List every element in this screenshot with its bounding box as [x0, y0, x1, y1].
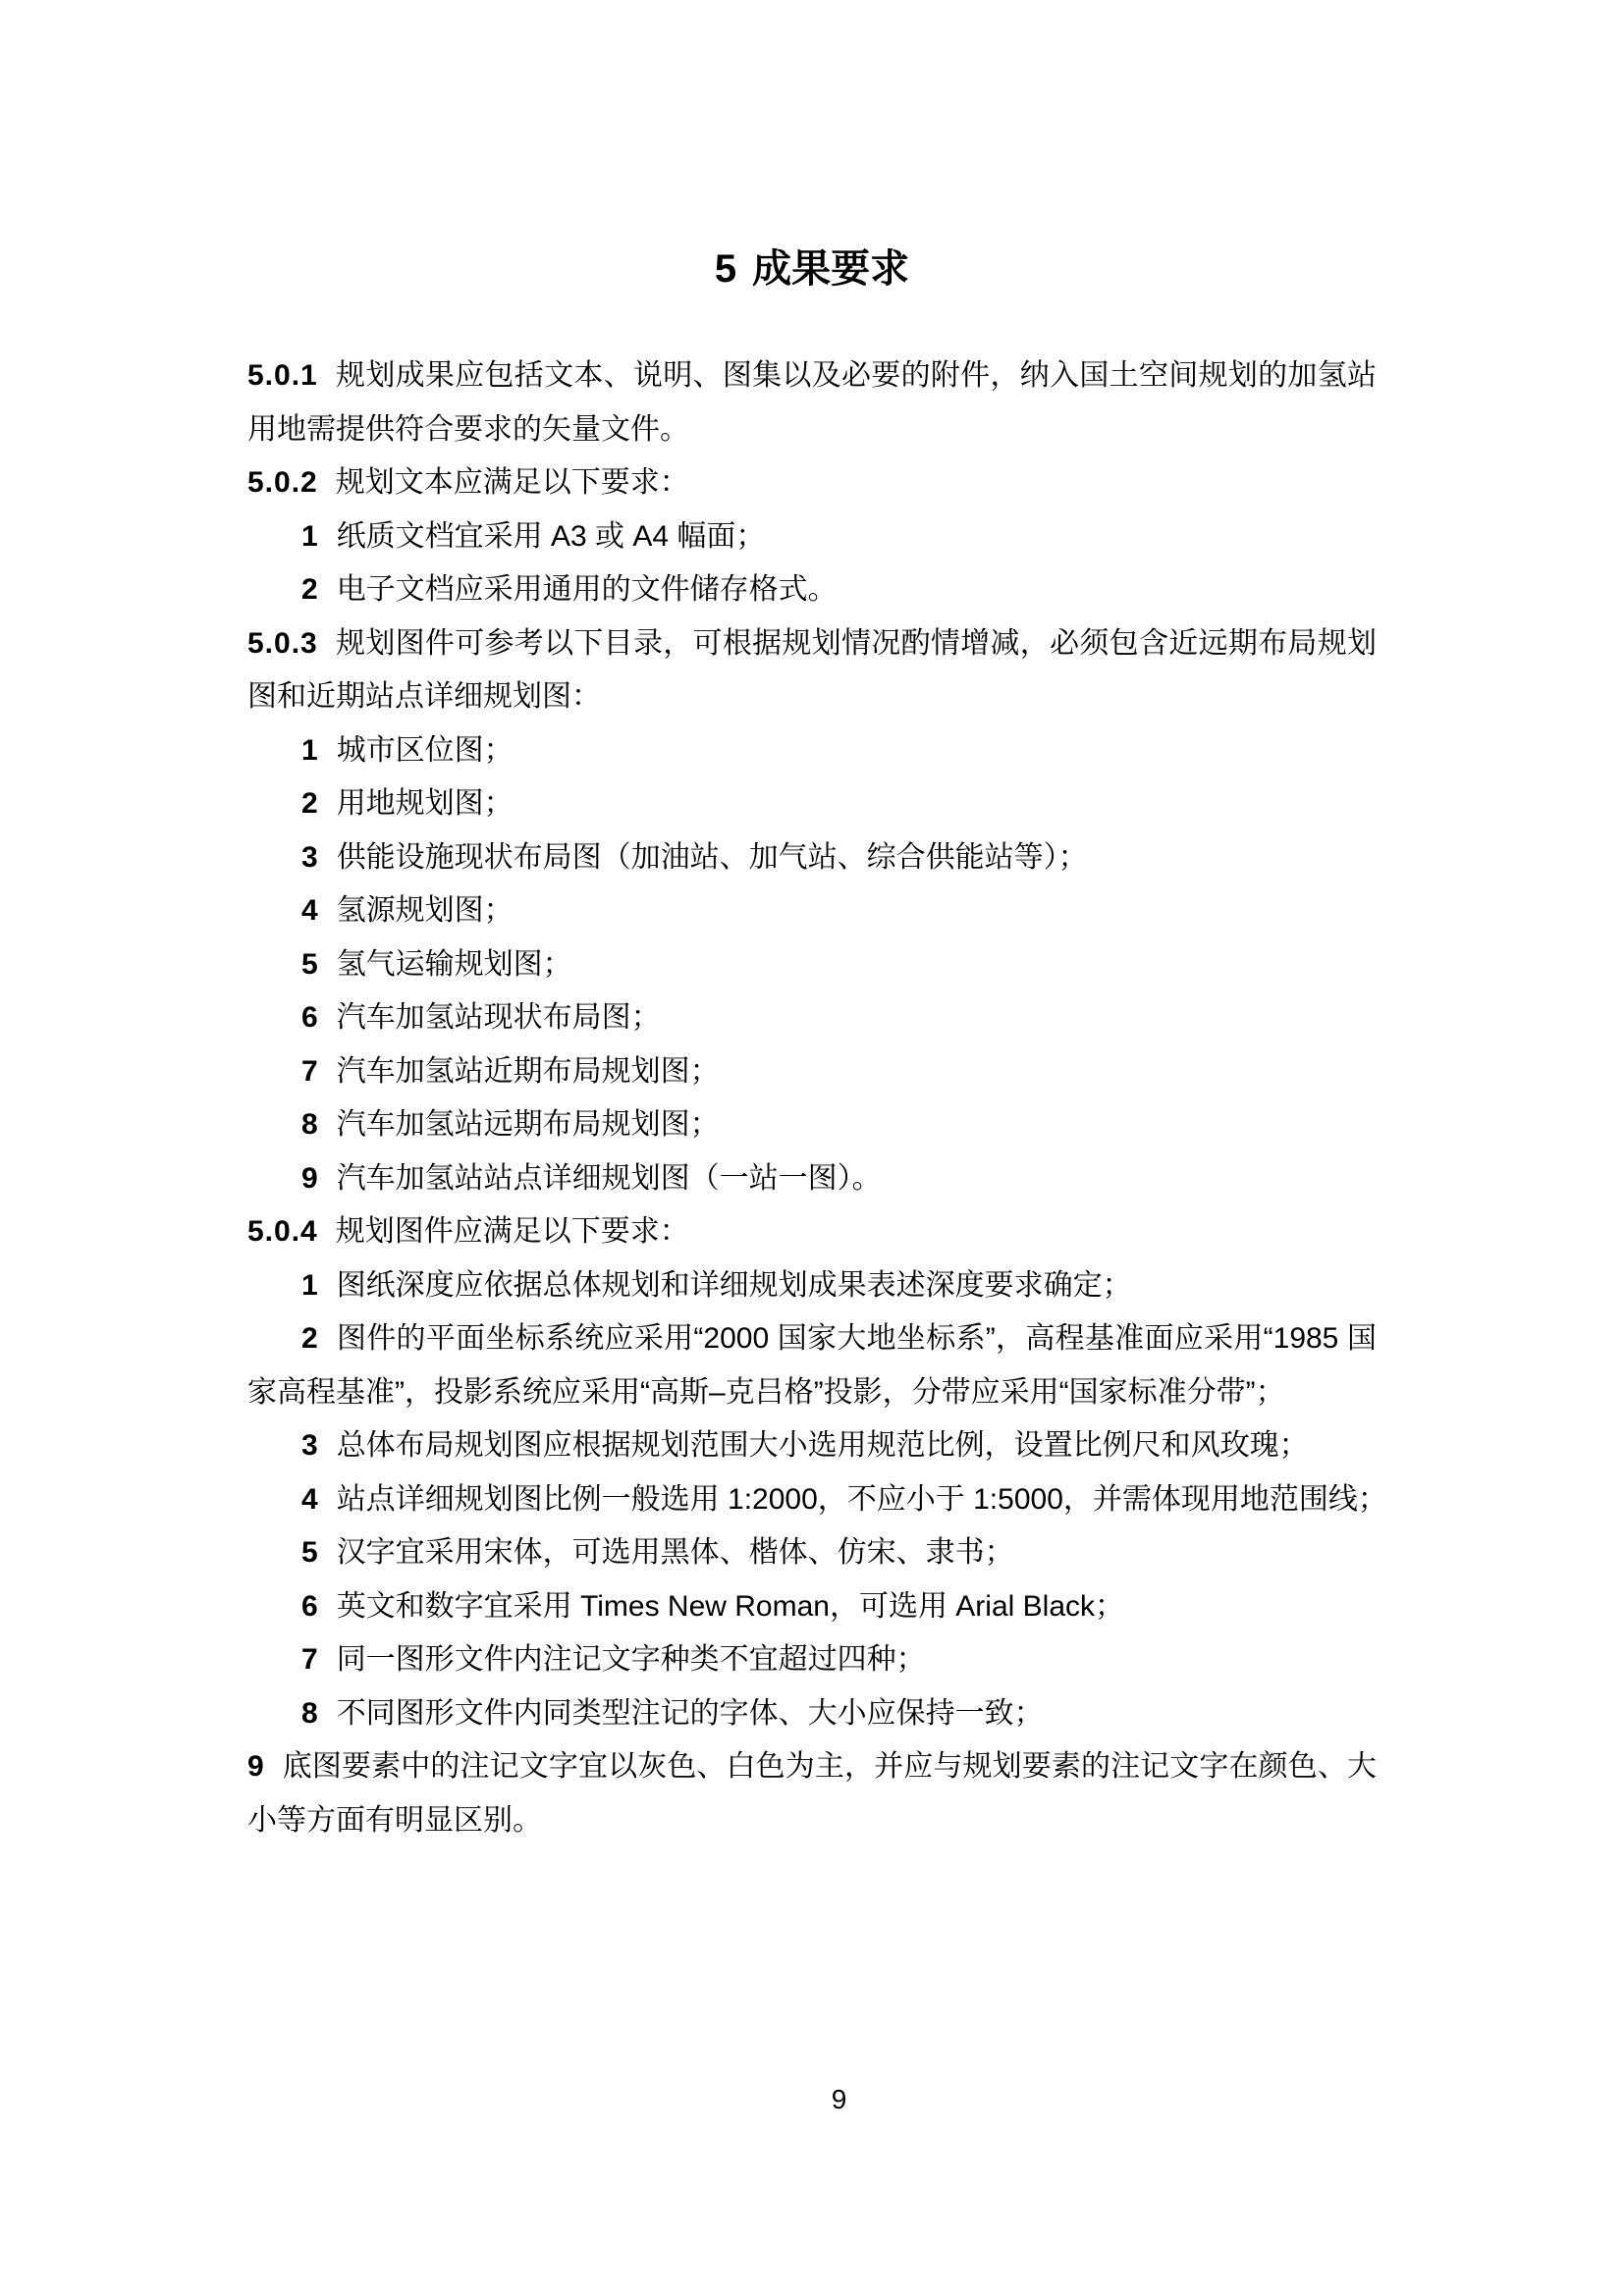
item-text: 用地规划图；: [337, 787, 514, 820]
document-body: 5.0.1规划成果应包括文本、说明、图集以及必要的附件，纳入国土空间规划的加氢站…: [247, 349, 1377, 1847]
section-title: 5成果要求: [247, 245, 1377, 293]
clause-text: 规划图件可参考以下目录，可根据规划情况酌情增减，必须包含近远期布局规划图和近期站…: [247, 627, 1377, 714]
item-text: 电子文档应采用通用的文件储存格式。: [337, 573, 838, 606]
item-number: 1: [301, 520, 319, 553]
item-number: 3: [301, 841, 319, 874]
clause-5.0.3-item-1: 1城市区位图；: [247, 724, 1377, 778]
item-text: 汽车加氢站现状布局图；: [337, 1001, 661, 1034]
item-text: 英文和数字宜采用 Times New Roman，可选用 Arial Black…: [337, 1590, 1124, 1623]
item-number: 8: [301, 1697, 319, 1730]
clause-5.0.3-item-2: 2用地规划图；: [247, 777, 1377, 831]
clause-5.0.4-item-3: 3总体布局规划图应根据规划范围大小选用规范比例，设置比例尺和风玫瑰；: [247, 1419, 1377, 1473]
item-number: 2: [301, 787, 319, 820]
item-text: 汽车加氢站远期布局规划图；: [337, 1108, 720, 1141]
item-text: 汽车加氢站站点详细规划图（一站一图）。: [337, 1162, 882, 1195]
clause-5.0.3-item-3: 3供能设施现状布局图（加油站、加气站、综合供能站等）；: [247, 831, 1377, 885]
clause-5.0.3-item-8: 8汽车加氢站远期布局规划图；: [247, 1098, 1377, 1152]
item-text: 纸质文档宜采用 A3 或 A4 幅面；: [337, 520, 766, 553]
clause-5.0.4-item-8: 8不同图形文件内同类型注记的字体、大小应保持一致；: [247, 1687, 1377, 1741]
item-text: 汉字宜采用宋体，可选用黑体、楷体、仿宋、隶书；: [337, 1536, 1014, 1569]
clause-5.0.3: 5.0.3规划图件可参考以下目录，可根据规划情况酌情增减，必须包含近远期布局规划…: [247, 617, 1377, 724]
item-number: 4: [301, 1483, 319, 1516]
item-text: 氢气运输规划图；: [337, 948, 572, 981]
item-number: 1: [301, 1269, 319, 1302]
clause-5.0.3-item-9: 9汽车加氢站站点详细规划图（一站一图）。: [247, 1152, 1377, 1206]
clause-5.0.1: 5.0.1规划成果应包括文本、说明、图集以及必要的附件，纳入国土空间规划的加氢站…: [247, 349, 1377, 456]
page-number: 9: [247, 2083, 1431, 2116]
item-number: 7: [301, 1055, 319, 1088]
clause-number: 5.0.2: [247, 466, 318, 499]
section-title-number: 5: [715, 247, 736, 291]
item-number: 2: [301, 1322, 319, 1355]
clause-5.0.2: 5.0.2规划文本应满足以下要求：: [247, 456, 1377, 510]
item-text: 不同图形文件内同类型注记的字体、大小应保持一致；: [337, 1697, 1044, 1730]
clause-5.0.2-item-2: 2电子文档应采用通用的文件储存格式。: [247, 563, 1377, 617]
item-text: 图件的平面坐标系统应采用“2000 国家大地坐标系”，高程基准面应采用“1985…: [247, 1322, 1377, 1409]
clause-5.0.4-item-2: 2图件的平面坐标系统应采用“2000 国家大地坐标系”，高程基准面应采用“198…: [247, 1312, 1377, 1419]
item-number: 4: [301, 894, 319, 927]
clause-5.0.3-item-4: 4氢源规划图；: [247, 884, 1377, 938]
clause-text: 规划成果应包括文本、说明、图集以及必要的附件，纳入国土空间规划的加氢站用地需提供…: [247, 359, 1377, 446]
item-number: 9: [247, 1750, 265, 1783]
clause-5.0.4-item-9: 9底图要素中的注记文字宜以灰色、白色为主，并应与规划要素的注记文字在颜色、大小等…: [247, 1740, 1377, 1847]
clause-5.0.3-item-5: 5氢气运输规划图；: [247, 938, 1377, 992]
item-text: 供能设施现状布局图（加油站、加气站、综合供能站等）；: [337, 841, 1088, 874]
item-text: 同一图形文件内注记文字种类不宜超过四种；: [337, 1643, 926, 1676]
item-number: 5: [301, 948, 319, 981]
item-text: 站点详细规划图比例一般选用 1:2000，不应小于 1:5000，并需体现用地范…: [337, 1483, 1387, 1516]
item-text: 汽车加氢站近期布局规划图；: [337, 1055, 720, 1088]
item-number: 7: [301, 1643, 319, 1676]
clause-5.0.4-item-1: 1图纸深度应依据总体规划和详细规划成果表述深度要求确定；: [247, 1259, 1377, 1313]
item-text: 城市区位图；: [337, 734, 514, 767]
clause-number: 5.0.4: [247, 1215, 318, 1248]
clause-5.0.4-item-6: 6英文和数字宜采用 Times New Roman，可选用 Arial Blac…: [247, 1580, 1377, 1634]
clause-5.0.4-item-5: 5汉字宜采用宋体，可选用黑体、楷体、仿宋、隶书；: [247, 1526, 1377, 1580]
clause-5.0.4-item-7: 7同一图形文件内注记文字种类不宜超过四种；: [247, 1633, 1377, 1687]
clause-5.0.4-item-4: 4站点详细规划图比例一般选用 1:2000，不应小于 1:5000，并需体现用地…: [247, 1473, 1377, 1527]
clause-5.0.4: 5.0.4规划图件应满足以下要求：: [247, 1205, 1377, 1259]
item-number: 1: [301, 734, 319, 767]
clause-5.0.3-item-6: 6汽车加氢站现状布局图；: [247, 991, 1377, 1045]
item-number: 3: [301, 1429, 319, 1462]
item-text: 图纸深度应依据总体规划和详细规划成果表述深度要求确定；: [337, 1269, 1132, 1302]
clause-number: 5.0.3: [247, 627, 318, 660]
item-number: 5: [301, 1536, 319, 1569]
item-number: 9: [301, 1162, 319, 1195]
clause-5.0.2-item-1: 1纸质文档宜采用 A3 或 A4 幅面；: [247, 510, 1377, 564]
clause-5.0.3-item-7: 7汽车加氢站近期布局规划图；: [247, 1045, 1377, 1099]
item-text: 总体布局规划图应根据规划范围大小选用规范比例，设置比例尺和风玫瑰；: [337, 1429, 1309, 1462]
clause-text: 规划图件应满足以下要求：: [336, 1215, 689, 1248]
item-text: 底图要素中的注记文字宜以灰色、白色为主，并应与规划要素的注记文字在颜色、大小等方…: [247, 1750, 1377, 1837]
clause-number: 5.0.1: [247, 359, 318, 392]
clause-text: 规划文本应满足以下要求：: [336, 466, 689, 499]
item-number: 2: [301, 573, 319, 606]
item-number: 8: [301, 1108, 319, 1141]
item-number: 6: [301, 1590, 319, 1623]
item-number: 6: [301, 1001, 319, 1034]
section-title-text: 成果要求: [752, 247, 909, 291]
item-text: 氢源规划图；: [337, 894, 514, 927]
document-page: 5成果要求 5.0.1规划成果应包括文本、说明、图集以及必要的附件，纳入国土空间…: [0, 0, 1624, 2296]
